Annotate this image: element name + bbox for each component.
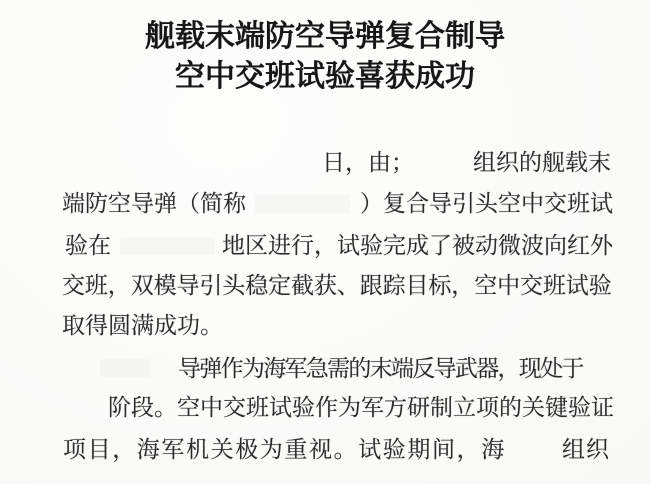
redaction-patch xyxy=(255,195,350,213)
body-text-segment: 阶段。空中交班试验作为军方研制立项的关键验证 xyxy=(108,396,614,420)
body-text-segment: 日，由； xyxy=(322,151,414,175)
document-title-line-1: 舰载末端防空导弹复合制导 xyxy=(0,21,650,53)
body-text-segment: 端防空导弹（简称 xyxy=(62,192,246,216)
body-text-segment: 交班，双模导引头稳定截获、跟踪目标，空中交班试验 xyxy=(62,274,612,298)
body-text-segment: ）复合导引头空中交班试 xyxy=(360,192,613,216)
redaction-patch xyxy=(100,359,150,377)
body-text-segment: 项目，海军机关极为重视。试验期间，海 xyxy=(63,438,506,462)
body-text-segment: 取得圆满成功。 xyxy=(62,314,223,338)
document-title-line-2: 空中交班试验喜获成功 xyxy=(0,61,650,93)
body-text-segment: 验在 xyxy=(65,234,111,258)
body-text-segment: 组织 xyxy=(562,438,610,462)
scanned-document-page: 舰载末端防空导弹复合制导 空中交班试验喜获成功 日，由；组织的舰载末端防空导弹（… xyxy=(0,0,650,484)
body-text-segment: 组织的舰载末 xyxy=(473,151,611,175)
redaction-patch xyxy=(120,237,215,255)
body-text-segment: 地区进行，试验完成了被动微波向红外 xyxy=(222,234,613,258)
body-text-segment: 导弹作为海军急需的末端反导武器，现处于 xyxy=(178,357,583,381)
